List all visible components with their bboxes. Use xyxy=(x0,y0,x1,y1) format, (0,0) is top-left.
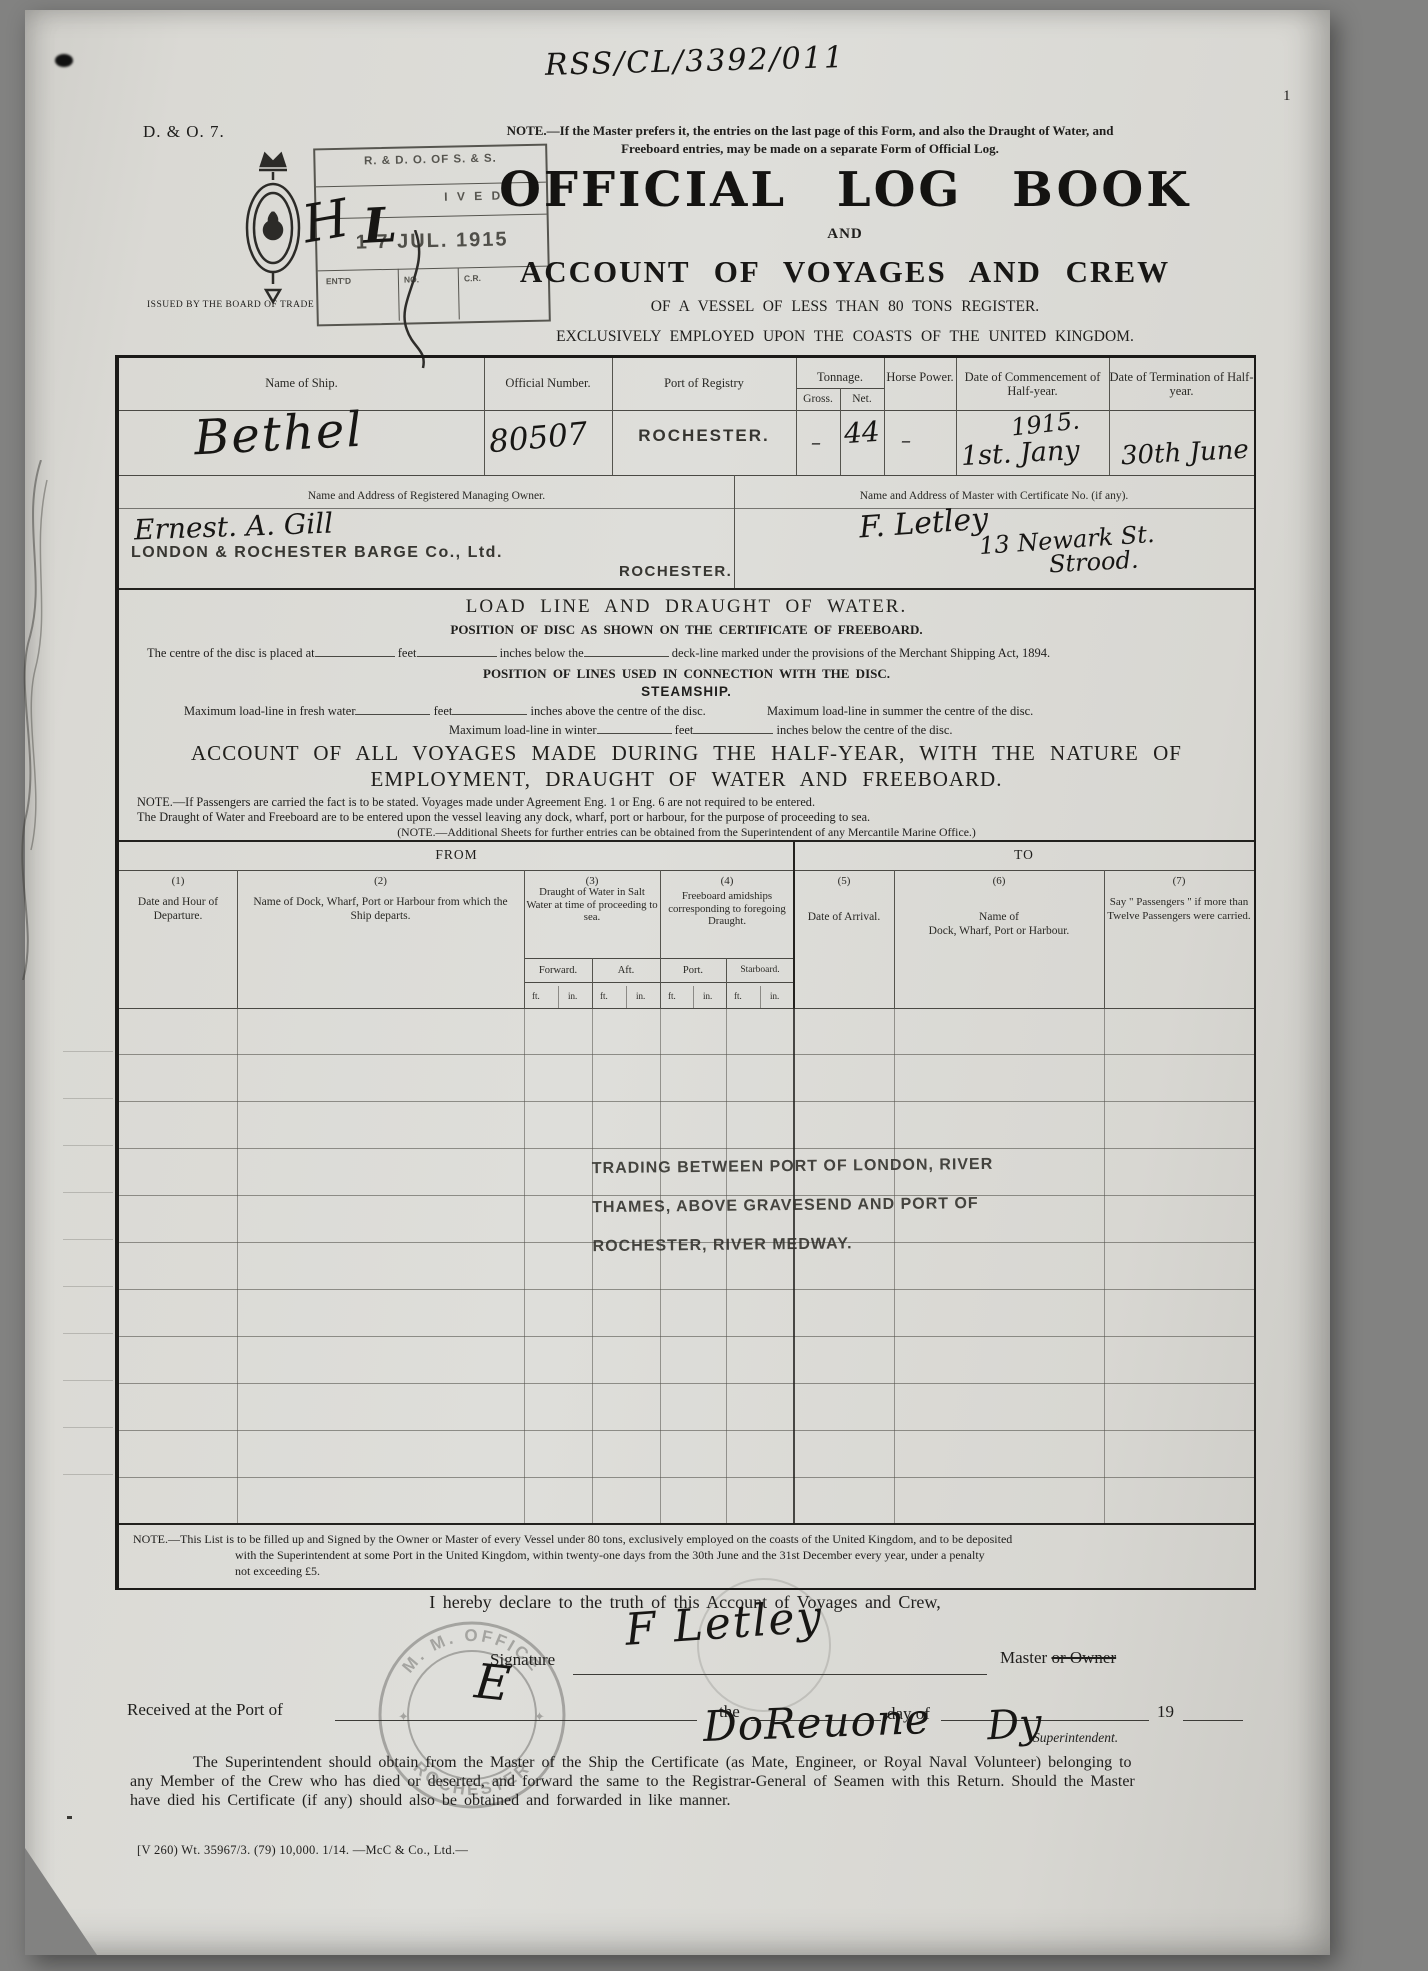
disc-text-b: feet xyxy=(398,646,417,660)
account-note-3: (NOTE.—Additional Sheets for further ent… xyxy=(119,825,1254,840)
colnum-1: (1) xyxy=(119,875,237,888)
colhead-to-port-line1: Name of xyxy=(896,910,1102,924)
value-date-commencement: 1st. Jany xyxy=(960,435,1080,472)
colhead-departure: Date and Hour of Departure. xyxy=(127,895,229,923)
header-date-termination: Date of Termination of Half-year. xyxy=(1109,370,1254,398)
voyage-rows-area xyxy=(119,1008,1254,1523)
rule xyxy=(558,986,559,1008)
value-owner-city-stamp: ROCHESTER. xyxy=(619,563,732,580)
unit-in: in. xyxy=(770,990,779,1003)
from-header: FROM xyxy=(119,847,794,863)
margin-mark xyxy=(67,1816,72,1819)
subhead-starboard: Starboard. xyxy=(726,964,794,977)
value-horse-power-dash: – xyxy=(901,428,911,452)
colnum-4: (4) xyxy=(660,875,794,888)
winter-text-c: inches below the centre of the disc. xyxy=(777,723,953,737)
loadline-winter-line: Maximum load-line in winter feet inches … xyxy=(449,721,953,738)
unit-in: in. xyxy=(568,990,577,1003)
loadline-position-line: POSITION OF LINES USED IN CONNECTION WIT… xyxy=(119,666,1254,682)
rule xyxy=(726,958,727,1008)
torn-corner xyxy=(25,1848,97,1955)
received-label: Received at the Port of xyxy=(127,1700,283,1720)
subtitle: ACCOUNT OF VOYAGES AND CREW xyxy=(440,254,1250,290)
value-port-stamp: ROCHESTER. xyxy=(619,426,789,446)
scanned-log-book-page: RSS/CL/3392/011 1 D. & O. 7. NOTE.—If th… xyxy=(25,10,1330,1955)
fresh-text-a: Maximum load-line in fresh water xyxy=(184,704,355,718)
colhead-draught: Draught of Water in Salt Water at time o… xyxy=(526,886,658,924)
colhead-freeboard: Freeboard amidships corresponding to for… xyxy=(662,890,792,928)
rule xyxy=(592,1008,593,1523)
deposit-note-line2: with the Superintendent at some Port in … xyxy=(235,1548,985,1563)
account-note-1: NOTE.—If Passengers are carried the fact… xyxy=(137,795,815,810)
received-line4 xyxy=(1183,1702,1243,1721)
loadline-steamship: STEAMSHIP. xyxy=(119,684,1254,699)
value-owner-script: Ernest. A. Gill xyxy=(133,507,333,547)
stamp-pen-flourish xyxy=(393,230,433,375)
binding-thread xyxy=(11,460,57,985)
label-master: Name and Address of Master with Certific… xyxy=(734,490,1254,503)
colnum-7: (7) xyxy=(1104,875,1254,888)
form-code: D. & O. 7. xyxy=(143,122,225,142)
header-gross: Gross. xyxy=(796,392,840,406)
margin-row-lines xyxy=(63,1005,113,1520)
value-ship-name: Bethel xyxy=(193,402,365,467)
unit-ft: ft. xyxy=(600,990,608,1003)
unit-ft: ft. xyxy=(532,990,540,1003)
received-line3 xyxy=(941,1702,1149,1721)
rule xyxy=(660,870,661,1008)
colhead-arrival: Date of Arrival. xyxy=(796,910,892,924)
rule xyxy=(524,1008,525,1523)
colhead-to-port: Name of Dock, Wharf, Port or Harbour. xyxy=(896,910,1102,938)
disc-text-d: deck-line marked under the provisions of… xyxy=(672,646,1050,660)
section-divider xyxy=(119,588,1254,590)
superintendent-signature-script: DoReuone xyxy=(702,1694,931,1751)
colnum-5: (5) xyxy=(794,875,894,888)
trading-limits-stamp: TRADING BETWEEN PORT OF LONDON, RIVER TH… xyxy=(592,1156,994,1214)
deposit-note-line1: NOTE.—This List is to be filled up and S… xyxy=(133,1532,1012,1547)
account-heading-1: ACCOUNT OF ALL VOYAGES MADE DURING THE H… xyxy=(119,741,1254,766)
rule xyxy=(1104,870,1105,1008)
rule xyxy=(524,982,794,983)
table-top-rule xyxy=(119,840,1254,842)
header-tonnage: Tonnage. xyxy=(796,370,884,384)
svg-text:✦: ✦ xyxy=(534,1709,545,1724)
from-to-divider xyxy=(793,840,795,1008)
board-of-trade-crest-icon xyxy=(233,146,313,313)
account-heading-2: EMPLOYMENT, DRAUGHT OF WATER AND FREEBOA… xyxy=(119,767,1254,792)
header-port-of-registry: Port of Registry xyxy=(612,376,796,390)
summer-text: Maximum load-line in summer the centre o… xyxy=(767,704,1033,718)
title-line4: EXCLUSIVELY EMPLOYED UPON THE COASTS OF … xyxy=(440,328,1250,346)
value-official-number: 80507 xyxy=(488,416,589,460)
value-owner-company-stamp: LONDON & ROCHESTER BARGE Co., Ltd. xyxy=(131,544,503,562)
superintendent-instructions-line3: have died his Certificate (if any) shoul… xyxy=(130,1792,730,1810)
printer-footer: [V 260) Wt. 35967/3. (79) 10,000. 1/14. … xyxy=(137,1843,468,1858)
rule xyxy=(119,870,1254,871)
rule xyxy=(894,1008,895,1523)
stamp-col-entd: ENT'D xyxy=(326,276,351,287)
top-note-line1: NOTE.—If the Master prefers it, the entr… xyxy=(455,122,1165,140)
unit-in: in. xyxy=(703,990,712,1003)
unit-ft: ft. xyxy=(668,990,676,1003)
rule xyxy=(592,958,593,1008)
signature-line xyxy=(573,1656,987,1675)
rule xyxy=(237,870,238,1008)
colnum-6: (6) xyxy=(894,875,1104,888)
header-name-of-ship: Name of Ship. xyxy=(119,376,484,390)
top-note-line2: Freeboard entries, may be made on a sepa… xyxy=(455,140,1165,158)
svg-text:✦: ✦ xyxy=(398,1709,409,1724)
rule xyxy=(1104,1008,1105,1523)
subhead-forward: Forward. xyxy=(524,964,592,977)
disc-text-a: The centre of the disc is placed at xyxy=(147,646,315,660)
value-date-termination: 30th June xyxy=(1120,435,1249,472)
rule xyxy=(524,870,525,1008)
account-note-2: The Draught of Water and Freeboard are t… xyxy=(137,810,870,825)
label-managing-owner: Name and Address of Registered Managing … xyxy=(119,490,734,503)
colhead-from-port: Name of Dock, Wharf, Port or Harbour fro… xyxy=(247,895,514,923)
rule xyxy=(734,475,735,588)
master-or-owner: Master or Owner xyxy=(1000,1648,1116,1668)
title-line3: OF A VESSEL OF LESS THAN 80 TONS REGISTE… xyxy=(440,298,1250,316)
rule xyxy=(693,986,694,1008)
unit-ft: ft. xyxy=(734,990,742,1003)
rule xyxy=(660,1008,661,1523)
rule xyxy=(793,1008,795,1523)
header-date-commencement: Date of Commencement of Half-year. xyxy=(956,370,1109,398)
loadline-sub: POSITION OF DISC AS SHOWN ON THE CERTIFI… xyxy=(119,622,1254,638)
superintendent-label: Superintendent. xyxy=(1033,1730,1118,1746)
loadline-disc-line: The centre of the disc is placed at feet… xyxy=(147,644,1247,661)
main-title: OFFICIAL LOG BOOK xyxy=(440,162,1250,218)
superintendent-instructions-line1: The Superintendent should obtain from th… xyxy=(193,1754,1132,1772)
top-note: NOTE.—If the Master prefers it, the entr… xyxy=(455,122,1165,158)
fresh-text-b: feet xyxy=(434,704,453,718)
to-header: TO xyxy=(794,847,1254,863)
loadline-heading: LOAD LINE AND DRAUGHT OF WATER. xyxy=(119,596,1254,618)
ink-blot xyxy=(55,54,73,67)
unit-in: in. xyxy=(636,990,645,1003)
header-net: Net. xyxy=(840,392,884,406)
master-word: Master xyxy=(1000,1648,1047,1667)
superintendent-instructions-line2: any Member of the Crew who has died or d… xyxy=(130,1773,1135,1791)
value-master-address2: Strood. xyxy=(1048,546,1139,579)
disc-text-c: inches below the xyxy=(500,646,584,660)
rule xyxy=(119,475,1254,476)
value-net-tonnage: 44 xyxy=(843,415,881,450)
rule xyxy=(760,986,761,1008)
winter-text-a: Maximum load-line in winter xyxy=(449,723,597,737)
table-bottom-rule xyxy=(119,1523,1254,1525)
fresh-text-c: inches above the centre of the disc. xyxy=(530,704,705,718)
rule xyxy=(726,1008,727,1523)
colnum-2: (2) xyxy=(237,875,524,888)
deposit-note-line3: not exceeding £5. xyxy=(235,1564,320,1579)
winter-text-b: feet xyxy=(675,723,694,737)
subhead-port: Port. xyxy=(660,964,726,977)
or-owner-struck: or Owner xyxy=(1051,1648,1116,1667)
received-year: 19 xyxy=(1157,1702,1174,1722)
archive-reference: RSS/CL/3392/011 xyxy=(545,40,846,83)
page-number: 1 xyxy=(1283,88,1291,105)
value-master-name: F. Letley xyxy=(858,502,989,546)
colhead-to-port-line2: Dock, Wharf, Port or Harbour. xyxy=(896,924,1102,938)
rule xyxy=(237,1008,238,1523)
rule xyxy=(626,986,627,1008)
rule xyxy=(894,870,895,1008)
rule xyxy=(524,958,794,959)
subhead-aft: Aft. xyxy=(592,964,660,977)
form-main-box: Name of Ship. Official Number. Port of R… xyxy=(115,355,1256,1590)
trading-stamp-line1: TRADING BETWEEN PORT OF LONDON, RIVER xyxy=(592,1156,994,1178)
header-horse-power: Horse Power. xyxy=(884,370,956,384)
title-and: AND xyxy=(440,226,1250,243)
value-gross-tonnage: – xyxy=(811,430,821,454)
header-official-number: Official Number. xyxy=(484,376,612,390)
colhead-passengers: Say " Passengers " if more than Twelve P… xyxy=(1106,896,1252,923)
loadline-fresh-line: Maximum load-line in fresh water feet in… xyxy=(184,702,1254,719)
